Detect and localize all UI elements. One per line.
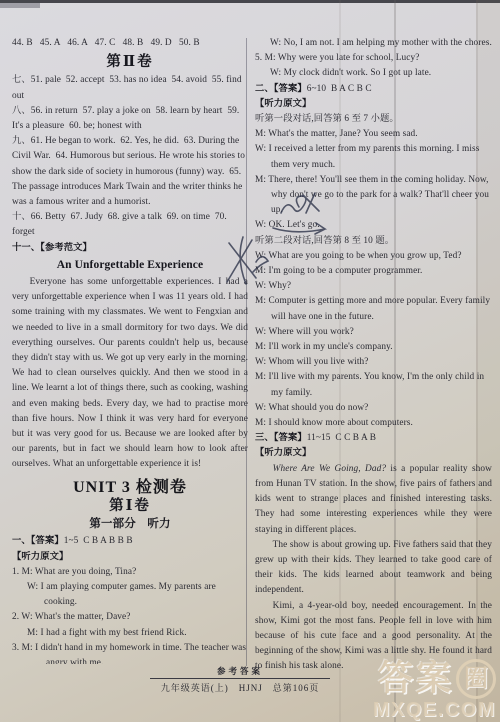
- footer-page-info: 九年级英语(上) HJNJ 总第106页: [128, 681, 352, 694]
- text: 5. M: Why were you late for school, Lucy…: [255, 53, 420, 63]
- dialog-speaker-line: W: What should you do now?: [255, 401, 492, 416]
- text: 听第一段对话,回答第 6 至 7 小题。: [255, 114, 399, 124]
- paragraph: Kimi, a 4-year-old boy, needed encourage…: [255, 599, 492, 668]
- text: 3. M: I didn't hand in my homework in ti…: [12, 643, 248, 664]
- text: W: Whom will you live with?: [255, 357, 368, 367]
- text: M: Computer is getting more and more pop…: [255, 296, 492, 321]
- dialog-speaker-line: W: OK. Let's go.: [255, 218, 492, 233]
- text: 第一部分 听力: [89, 518, 170, 530]
- text-line: 听第一段对话,回答第 6 至 7 小题。: [255, 112, 492, 127]
- dialog-speaker-line: M: I'll work in my uncle's company.: [255, 340, 492, 355]
- text: M: I'll work in my uncle's company.: [255, 342, 393, 352]
- text: M: There, there! You'll see them in the …: [255, 175, 491, 215]
- dialog-speaker-line: W: Where will you work?: [255, 325, 492, 340]
- text: is a popular reality show from Hunan TV …: [255, 464, 492, 535]
- text: W: My clock didn't work. So I got up lat…: [270, 68, 431, 78]
- text: 2. W: What's the matter, Dave?: [12, 612, 131, 622]
- part-heading: 第Ⅰ卷: [12, 499, 248, 514]
- text: M: I'm going to be a computer programmer…: [255, 266, 422, 276]
- watermark-site-url: MXQE.COM: [373, 699, 496, 722]
- text: 44. B 45. A 46. A 47. C 48. B 49. D 50. …: [12, 38, 200, 48]
- left-column: 44. B 45. A 46. A 47. C 48. B 49. D 50. …: [12, 36, 248, 664]
- text: 1~5 C B A B B B: [64, 536, 133, 546]
- text: W: Why?: [255, 281, 291, 291]
- text: 6~10 B A C B C: [307, 84, 372, 94]
- text-line: 听第二段对话,回答第 8 至 10 题。: [255, 234, 492, 249]
- text: M: What's the matter, Jane? You seem sad…: [255, 129, 418, 139]
- dialog-speaker-line: M: I'll live with my parents. You know, …: [255, 370, 492, 400]
- text: W: No, I am not. I am helping my mother …: [270, 38, 492, 48]
- dialog-speaker-line: W: What are you going to be when you gro…: [255, 249, 492, 264]
- text: 七、51. pale 52. accept 53. has no idea 54…: [12, 75, 244, 100]
- dialog-speaker-line: W: No, I am not. I am helping my mother …: [270, 36, 492, 51]
- dialog-numbered-line: 2. W: What's the matter, Dave?: [12, 610, 248, 625]
- answer-key-line: 【听力原文】: [255, 446, 492, 461]
- dialog-speaker-line: M: Computer is getting more and more pop…: [255, 294, 492, 324]
- text: 11~15 C C B A B: [307, 433, 376, 443]
- dialog-speaker-line: M: What's the matter, Jane? You seem sad…: [255, 127, 492, 142]
- answer-key-line: 【听力原文】: [255, 97, 492, 112]
- answer-section-line: 十、66. Betty 67. Judy 68. give a talk 69.…: [12, 210, 248, 240]
- text: M: I had a fight with my best friend Ric…: [27, 628, 187, 638]
- unit-heading: UNIT 3 检测卷: [12, 480, 248, 495]
- scan-corner-shadow: [0, 3, 40, 8]
- right-column: W: No, I am not. I am helping my mother …: [255, 36, 492, 668]
- dialog-speaker-line: W: I am playing computer games. My paren…: [27, 580, 248, 610]
- text: Kimi, a 4-year-old boy, needed encourage…: [255, 601, 492, 668]
- text: W: What should you do now?: [255, 403, 368, 413]
- text: 听第二段对话,回答第 8 至 10 题。: [255, 236, 394, 246]
- scan-top-edge: [0, 0, 500, 3]
- text: W: I received a letter from my parents t…: [255, 144, 482, 169]
- text: UNIT 3 检测卷: [73, 479, 187, 496]
- footer-rule: [150, 678, 330, 679]
- dialog-numbered-line: 1. M: What are you doing, Tina?: [12, 565, 248, 580]
- dialog-numbered-line: 5. M: Why were you late for school, Lucy…: [255, 51, 492, 66]
- dialog-speaker-line: M: I'm going to be a computer programmer…: [255, 264, 492, 279]
- paragraph: Everyone has some unforgettable experien…: [12, 275, 248, 473]
- answer-section-line: 十一、【参考范文】: [12, 241, 248, 256]
- part-heading: 第Ⅱ卷: [12, 55, 248, 70]
- dialog-speaker-line: M: I should know more about computers.: [255, 416, 492, 431]
- text: W: Where will you work?: [255, 327, 354, 337]
- text: An Unforgettable Experience: [57, 259, 203, 271]
- text: 1. M: What are you doing, Tina?: [12, 567, 136, 577]
- answer-key-line: 一、【答案】1~5 C B A B B B: [12, 534, 248, 549]
- text-line: 44. B 45. A 46. A 47. C 48. B 49. D 50. …: [12, 36, 248, 51]
- text: W: I am playing computer games. My paren…: [27, 582, 218, 607]
- footer-label: 参考答案: [128, 665, 352, 677]
- text: 八、56. in return 57. play a joke on 58. l…: [12, 106, 242, 131]
- answer-key-line: 三、【答案】11~15 C C B A B: [255, 431, 492, 446]
- sub-heading: An Unforgettable Experience: [12, 258, 248, 273]
- answer-section-line: 九、61. He began to work. 62. Yes, he did.…: [12, 134, 248, 210]
- text: 第Ⅱ卷: [106, 54, 153, 70]
- paragraph: Where Are We Going, Dad? is a popular re…: [255, 462, 492, 538]
- paragraph: The show is about growing up. Five fathe…: [255, 538, 492, 599]
- answer-key-line: 【听力原文】: [12, 550, 248, 565]
- answer-section-line: 七、51. pale 52. accept 53. has no idea 54…: [12, 73, 248, 103]
- text: 第Ⅰ卷: [109, 498, 151, 514]
- text: W: OK. Let's go.: [255, 220, 320, 230]
- text: The show is about growing up. Five fathe…: [255, 540, 492, 596]
- scanned-answer-page: 44. B 45. A 46. A 47. C 48. B 49. D 50. …: [0, 0, 500, 722]
- answer-section-line: 八、56. in return 57. play a joke on 58. l…: [12, 104, 248, 134]
- dialog-speaker-line: W: Whom will you live with?: [255, 355, 492, 370]
- text: Everyone has some unforgettable experien…: [12, 277, 248, 469]
- answer-key-line: 二、【答案】6~10 B A C B C: [255, 82, 492, 97]
- dialog-speaker-line: W: Why?: [255, 279, 492, 294]
- dialog-speaker-line: W: My clock didn't work. So I got up lat…: [270, 66, 492, 81]
- text: M: I'll live with my parents. You know, …: [255, 372, 487, 397]
- text: W: What are you going to be when you gro…: [255, 251, 462, 261]
- dialog-numbered-line: 3. M: I didn't hand in my homework in ti…: [12, 641, 248, 664]
- text: 十、66. Betty 67. Judy 68. give a talk 69.…: [12, 212, 229, 237]
- sub-heading: 第一部分 听力: [12, 517, 248, 532]
- dialog-speaker-line: M: I had a fight with my best friend Ric…: [27, 626, 248, 641]
- text: M: I should know more about computers.: [255, 418, 413, 428]
- dialog-speaker-line: M: There, there! You'll see them in the …: [255, 173, 492, 219]
- text: 九、61. He began to work. 62. Yes, he did.…: [12, 136, 247, 207]
- dialog-speaker-line: W: I received a letter from my parents t…: [255, 142, 492, 172]
- page-footer: 参考答案 九年级英语(上) HJNJ 总第106页: [128, 665, 352, 694]
